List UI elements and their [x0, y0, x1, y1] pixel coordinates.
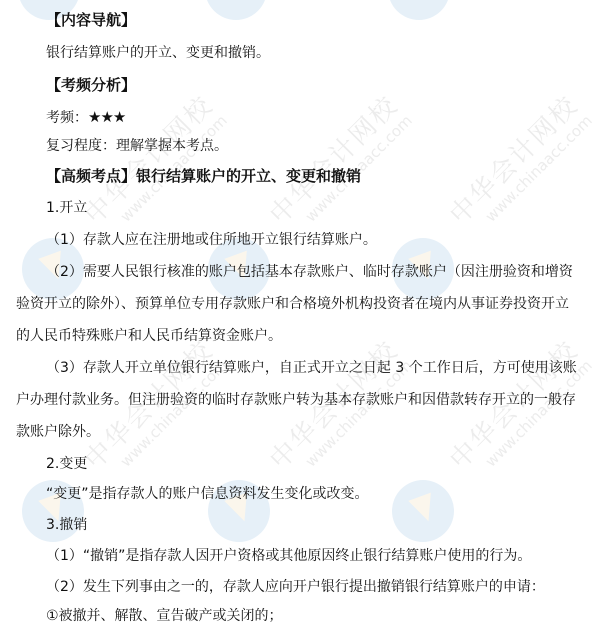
open-p3-line2: 户办理付款业务。但注册验资的临时存款账户转为基本存款账户和因借款转存开立的一般存: [16, 390, 576, 410]
open-p2-line2: 验资开立的除外）、预算单位专用存款账户和合格境外机构投资者在境内从事证券投资开立: [16, 294, 569, 314]
review-level: 复习程度：理解掌握本考点。: [46, 136, 228, 156]
watermark-logo-icon: [388, 0, 450, 20]
watermark-logo-icon: [392, 480, 454, 542]
change-title: 2.变更: [46, 454, 87, 474]
star-rating-icon: ★★★: [88, 108, 125, 126]
watermark-logo-icon: [205, 0, 267, 20]
watermark-brand-cn: 中华会计网校: [265, 91, 404, 230]
nav-text: 银行结算账户的开立、变更和撤销。: [46, 43, 270, 63]
open-p3-line1: （3）存款人开立单位银行结算账户，自正式开立之日起 3 个工作日后，方可使用该账: [46, 358, 577, 378]
freq-line: 考频：★★★: [46, 107, 125, 128]
open-title: 1.开立: [46, 198, 87, 218]
open-p2-line1: （2）需要人民银行核准的账户包括基本存款账户、临时存款账户（因注册验资和增资: [46, 262, 573, 282]
cancel-item1: ①被撤并、解散、宣告破产或关闭的；: [46, 606, 283, 626]
open-p2-line3: 的人民币特殊账户和人民币结算资金账户。: [16, 326, 282, 346]
freq-heading: 【考频分析】: [46, 75, 136, 95]
change-p1: “变更”是指存款人的账户信息资料发生变化或改变。: [46, 484, 369, 504]
watermark-text: 中华会计网校 www.chinaacc.com: [445, 91, 596, 242]
key-heading: 【高频考点】银行结算账户的开立、变更和撤销: [46, 166, 361, 186]
freq-label: 考频：: [46, 110, 88, 126]
nav-heading: 【内容导航】: [46, 10, 136, 30]
watermark-brand-cn: 中华会计网校: [445, 91, 584, 230]
watermark-brand-en: www.chinaacc.com: [482, 111, 596, 225]
open-p3-line3: 款账户除外。: [16, 422, 100, 442]
open-p1: （1）存款人应在注册地或住所地开立银行结算账户。: [46, 230, 377, 250]
cancel-p2: （2）发生下列事由之一的，存款人应向开户银行提出撤销银行结算账户的申请：: [46, 577, 545, 597]
cancel-p1: （1）“撤销”是指存款人因开户资格或其他原因终止银行结算账户使用的行为。: [46, 546, 531, 566]
cancel-title: 3.撤销: [46, 515, 87, 535]
